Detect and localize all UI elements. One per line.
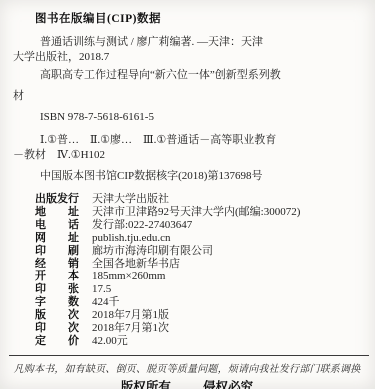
colophon-row-address: 地 址 天津市卫津路92号天津大学内(邮编:300072) <box>13 206 361 219</box>
row-label: 定 价 <box>35 335 83 348</box>
row-value: publish.tju.edu.cn <box>92 232 171 245</box>
row-value: 天津大学出版社 <box>92 193 169 206</box>
cip-line-title-statement: 普通话训练与测试 / 廖广莉编著. —天津：天津 <box>13 35 361 50</box>
row-label: 印 次 <box>35 322 83 335</box>
row-value: 2018年7月第1次 <box>92 322 169 335</box>
quality-notice: 凡购本书，如有缺页、倒页、脱页等质量问题，烦请向我社发行部门联系调换 <box>13 360 361 375</box>
row-value: 2018年7月第1版 <box>92 309 169 322</box>
colophon-row-publisher: 出版发行 天津大学出版社 <box>13 193 361 206</box>
row-label: 字 数 <box>35 296 83 309</box>
cip-line-series: 高职高专工作过程导向“新六位一体”创新型系列教 <box>13 68 361 83</box>
row-value: 全国各地新华书店 <box>92 258 180 271</box>
row-label: 印 刷 <box>35 245 83 258</box>
cip-record-number: 中国版本图书馆CIP数据核字(2018)第137698号 <box>13 169 361 184</box>
cip-block: 普通话训练与测试 / 廖广莉编著. —天津：天津 大学出版社，2018.7 高职… <box>13 35 361 184</box>
colophon-row-impression: 印 次 2018年7月第1次 <box>13 322 361 335</box>
cip-title: 图书在版编目(CIP)数据 <box>35 10 361 26</box>
row-label: 出版发行 <box>35 193 83 206</box>
colophon-row-format: 开 本 185mm×260mm <box>13 270 361 283</box>
copyright-statement: 版权所有 侵权必究 <box>13 377 361 389</box>
row-value: 42.00元 <box>92 335 128 348</box>
row-value: 发行部:022-27403647 <box>92 219 192 232</box>
colophon-row-word-count: 字 数 424千 <box>13 296 361 309</box>
colophon-row-distributor: 经 销 全国各地新华书店 <box>13 258 361 271</box>
colophon-row-printer: 印 刷 廊坊市海涛印刷有限公司 <box>13 245 361 258</box>
row-label: 开 本 <box>35 270 83 283</box>
colophon-row-edition: 版 次 2018年7月第1版 <box>13 309 361 322</box>
row-label: 地 址 <box>35 206 83 219</box>
row-label: 经 销 <box>35 258 83 271</box>
colophon-info-table: 出版发行 天津大学出版社 地 址 天津市卫津路92号天津大学内(邮编:30007… <box>13 193 361 348</box>
row-label: 印 张 <box>35 283 83 296</box>
row-value: 廊坊市海涛印刷有限公司 <box>92 245 213 258</box>
footer-divider <box>9 355 369 356</box>
cip-line-classification: Ⅰ.①普… Ⅱ.①廖… Ⅲ.①普通话－高等职业教育 <box>13 133 361 148</box>
colophon-row-printed-sheets: 印 张 17.5 <box>13 283 361 296</box>
row-label: 电 话 <box>35 219 83 232</box>
colophon-row-price: 定 价 42.00元 <box>13 335 361 348</box>
row-value: 天津市卫津路92号天津大学内(邮编:300072) <box>92 206 300 219</box>
rights-reserved-text: 版权所有 <box>121 380 171 389</box>
cip-line-isbn: ISBN 978-7-5618-6161-5 <box>13 110 361 125</box>
row-label: 版 次 <box>35 309 83 322</box>
cip-line-series-wrap: 材 <box>13 89 361 104</box>
colophon-row-phone: 电 话 发行部:022-27403647 <box>13 219 361 232</box>
row-label: 网 址 <box>35 232 83 245</box>
cip-line-publisher-wrap: 大学出版社，2018.7 <box>13 50 361 65</box>
row-value: 185mm×260mm <box>92 270 165 283</box>
row-value: 17.5 <box>92 283 111 296</box>
colophon-row-website: 网 址 publish.tju.edu.cn <box>13 232 361 245</box>
infringement-text: 侵权必究 <box>203 380 253 389</box>
colophon-page: 图书在版编目(CIP)数据 普通话训练与测试 / 廖广莉编著. —天津：天津 大… <box>0 0 375 389</box>
row-value: 424千 <box>92 296 120 309</box>
cip-line-classification-wrap: －教材 Ⅳ.①H102 <box>13 148 361 163</box>
